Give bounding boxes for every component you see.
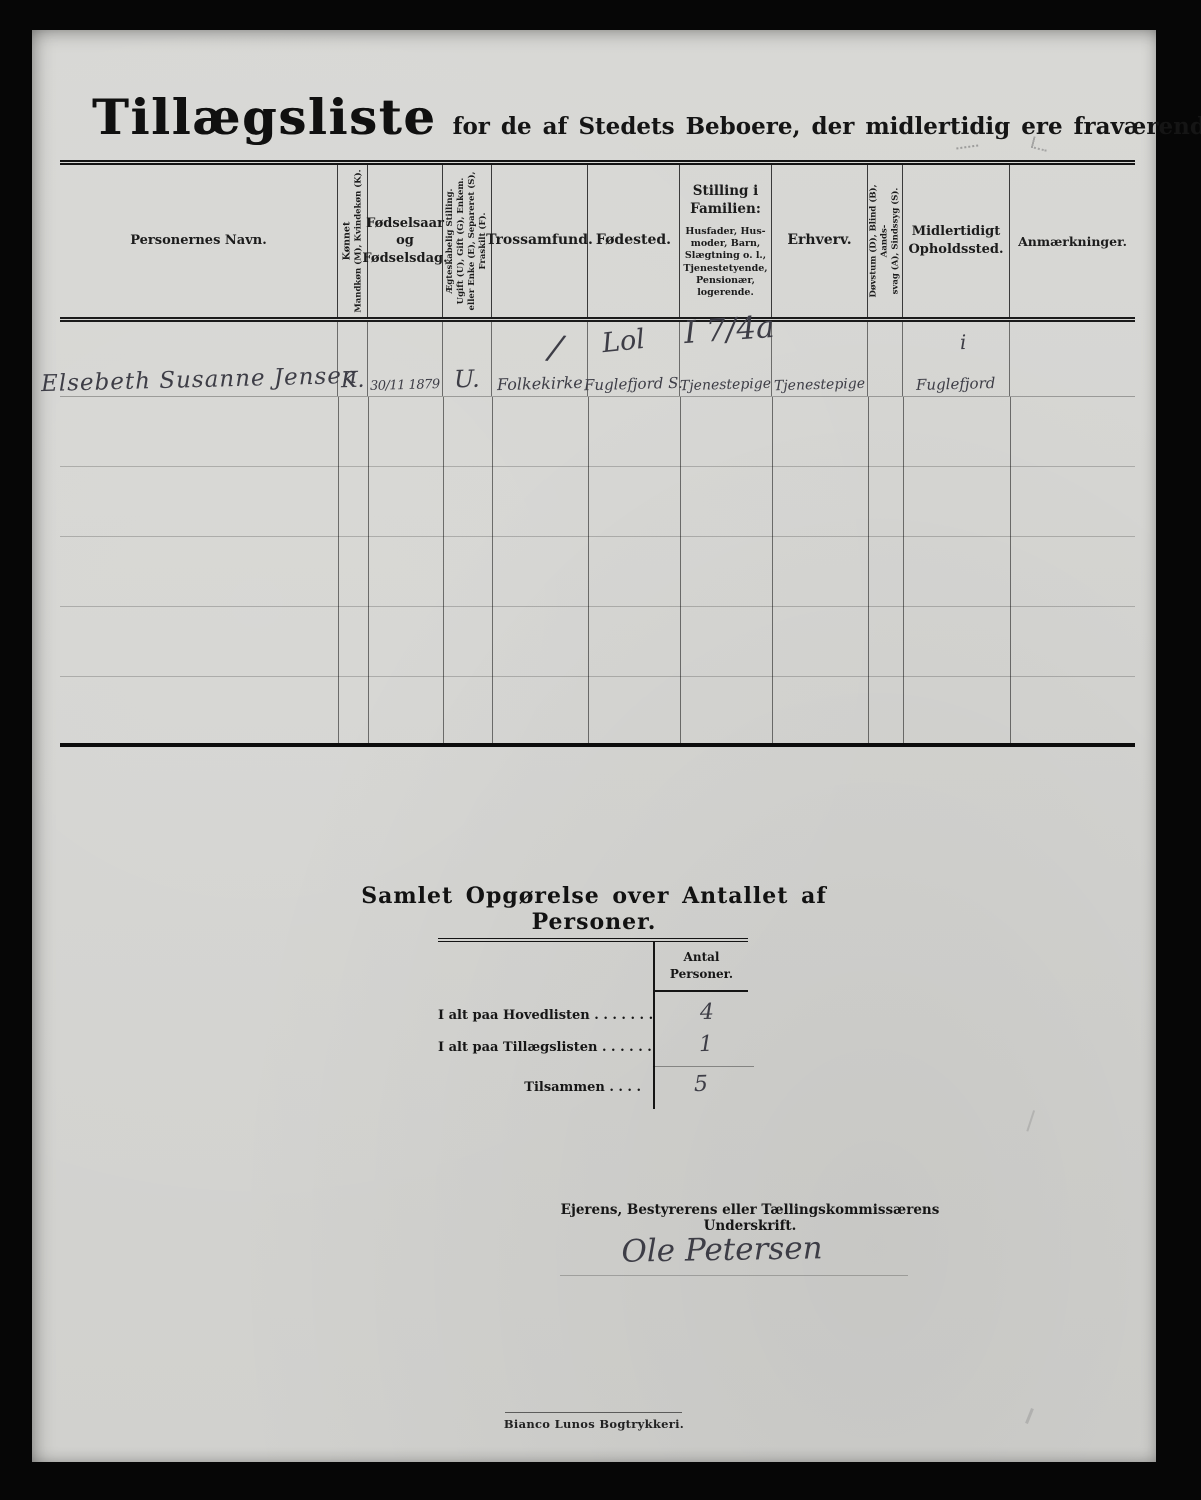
pencil-scribble	[1031, 136, 1049, 152]
summary-column-header: Antal Personer.	[655, 949, 748, 984]
table-empty-rows	[60, 397, 1135, 747]
page-title: Tillægsliste for de af Stedets Beboere, …	[92, 88, 1102, 146]
column-header-occupation: Erhverv.	[772, 165, 868, 317]
column-header-birthplace: Fødested.	[588, 165, 680, 317]
page-title-main: Tillægsliste	[92, 88, 437, 146]
handwritten-residence-mark: i	[960, 330, 967, 354]
page-title-subtitle: for de af Stedets Beboere, der midlertid…	[453, 113, 1201, 140]
column-header-marital-status: Ægteskabelig Stilling. Ugift (U), Gift (…	[443, 165, 492, 317]
cell-name: Elsebeth Susanne Jensen	[60, 322, 338, 396]
column-header-sex: Kønnet Mandkøn (M), Kvindekøn (K).	[338, 165, 368, 317]
handwritten-lot-annotation: Lol	[600, 324, 646, 359]
column-header-birthdate: Fødselsaar og Fødselsdag.	[368, 165, 443, 317]
cell-disability	[868, 322, 903, 396]
scanned-census-page: Tillægsliste for de af Stedets Beboere, …	[32, 30, 1156, 1462]
cell-occupation: Tjenestepige	[772, 322, 868, 396]
summary-header-rule	[653, 990, 748, 992]
pencil-scribble	[1015, 1106, 1035, 1131]
imprint-rule	[505, 1412, 682, 1413]
column-header-remarks: Anmærkninger.	[1010, 165, 1135, 317]
signature-line	[560, 1275, 908, 1276]
census-table: Personernes Navn. Kønnet Mandkøn (M), Kv…	[60, 160, 1135, 747]
column-header-temporary-residence: Midlertidigt Opholdssted.	[903, 165, 1010, 317]
column-header-family-position: Stilling i Familien: Husfader, Hus- mode…	[680, 165, 772, 317]
column-header-name: Personernes Navn.	[60, 165, 338, 317]
summary-sum-rule	[653, 1066, 754, 1067]
handwritten-signature: Ole Petersen	[592, 1230, 853, 1271]
handwritten-count-total: 5	[693, 1072, 708, 1097]
handwritten-count-mainlist: 4	[699, 1000, 714, 1025]
cell-religion: Folkekirke	[492, 322, 588, 396]
signature-caption: Ejerens, Bestyrerens eller Tællingskommi…	[520, 1202, 980, 1234]
summary-row-mainlist: I alt paa Hovedlisten . . . . . . . 4	[438, 1000, 748, 1025]
summary-table: Antal Personer. I alt paa Hovedlisten . …	[438, 938, 748, 1105]
cell-marital-status: U.	[443, 322, 492, 396]
summary-row-total: Tilsammen . . . . 5	[438, 1072, 748, 1097]
table-row-entry-1: Elsebeth Susanne Jensen K. 30/11 1879 U.…	[60, 322, 1135, 397]
handwritten-reference-annotation: I 7/4a	[683, 309, 776, 351]
handwritten-count-supplementlist: 1	[699, 1032, 714, 1057]
pencil-scribble	[1025, 1408, 1034, 1424]
cell-temporary-residence: Fuglefjord	[903, 322, 1010, 396]
summary-row-supplementlist: I alt paa Tillægslisten . . . . . . 1	[438, 1032, 748, 1057]
cell-sex: K.	[338, 322, 368, 396]
census-table-header: Personernes Navn. Kønnet Mandkøn (M), Kv…	[60, 165, 1135, 322]
summary-title: Samlet Opgørelse over Antallet af Person…	[294, 883, 894, 935]
column-header-religion: Trossamfund.	[492, 165, 588, 317]
printer-imprint: Bianco Lunos Bogtrykkeri.	[480, 1417, 708, 1431]
column-header-disability: Døvstum (D), Blind (B), Aands- svag (A),…	[868, 165, 903, 317]
cell-birthdate: 30/11 1879	[368, 322, 443, 396]
cell-remarks	[1010, 322, 1135, 396]
